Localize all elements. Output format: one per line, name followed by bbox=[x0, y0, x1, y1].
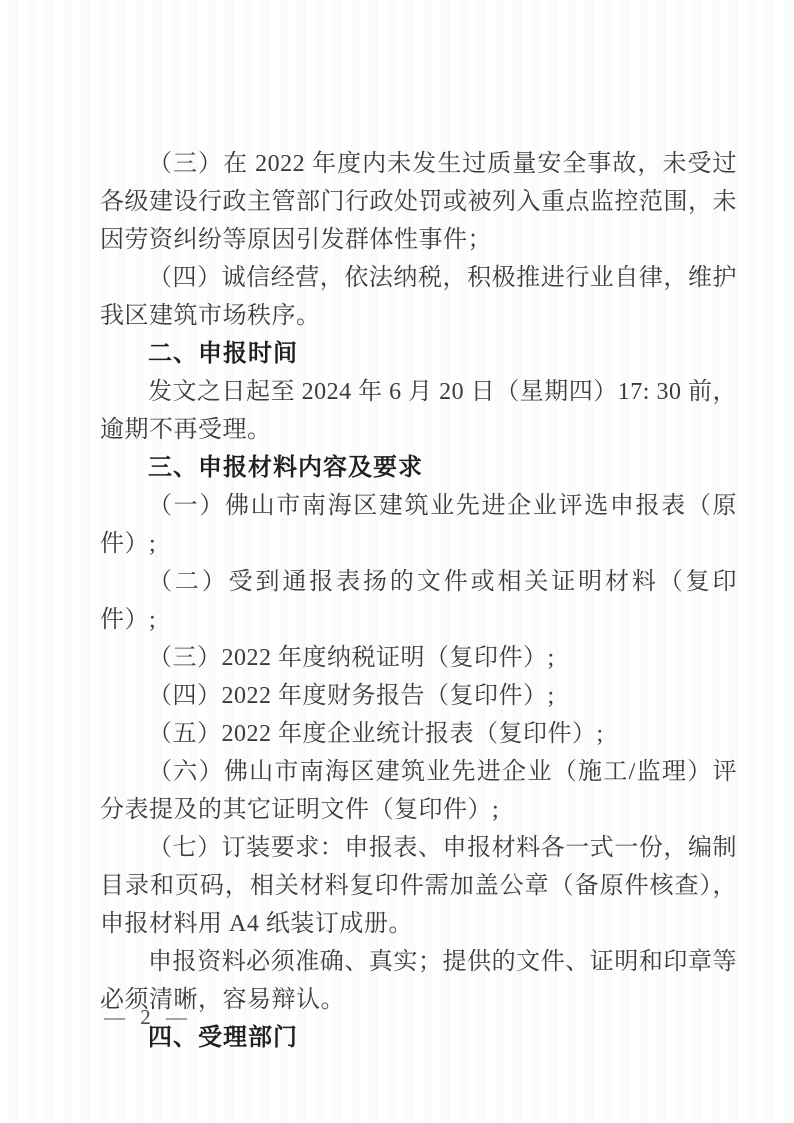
material-item-1: （一）佛山市南海区建筑业先进企业评选申报表（原件）; bbox=[100, 487, 737, 563]
paragraph-accuracy-note: 申报资料必须准确、真实；提供的文件、证明和印章等必须清晰，容易辩认。 bbox=[100, 943, 737, 1019]
paragraph-deadline: 发文之日起至 2024 年 6 月 20 日（星期四）17: 30 前，逾期不再… bbox=[100, 373, 737, 449]
section-heading-4: 四、受理部门 bbox=[100, 1019, 737, 1057]
material-item-6: （六）佛山市南海区建筑业先进企业（施工/监理）评分表提及的其它证明文件（复印件）… bbox=[100, 753, 737, 829]
document-page: （三）在 2022 年度内未发生过质量安全事故，未受过各级建设行政主管部门行政处… bbox=[0, 0, 794, 1123]
paragraph-item-4: （四）诚信经营，依法纳税，积极推进行业自律，维护我区建筑市场秩序。 bbox=[100, 259, 737, 335]
material-item-4: （四）2022 年度财务报告（复印件）; bbox=[100, 677, 737, 715]
document-body: （三）在 2022 年度内未发生过质量安全事故，未受过各级建设行政主管部门行政处… bbox=[100, 145, 737, 1057]
material-item-5: （五）2022 年度企业统计报表（复印件）; bbox=[100, 715, 737, 753]
paragraph-item-3: （三）在 2022 年度内未发生过质量安全事故，未受过各级建设行政主管部门行政处… bbox=[100, 145, 737, 259]
section-heading-3: 三、申报材料内容及要求 bbox=[100, 449, 737, 487]
section-heading-2: 二、申报时间 bbox=[100, 335, 737, 373]
material-item-7: （七）订装要求：申报表、申报材料各一式一份，编制目录和页码，相关材料复印件需加盖… bbox=[100, 829, 737, 943]
material-item-2: （二）受到通报表扬的文件或相关证明材料（复印件）; bbox=[100, 563, 737, 639]
page-number: — 2 — bbox=[104, 1000, 192, 1034]
material-item-3: （三）2022 年度纳税证明（复印件）; bbox=[100, 639, 737, 677]
